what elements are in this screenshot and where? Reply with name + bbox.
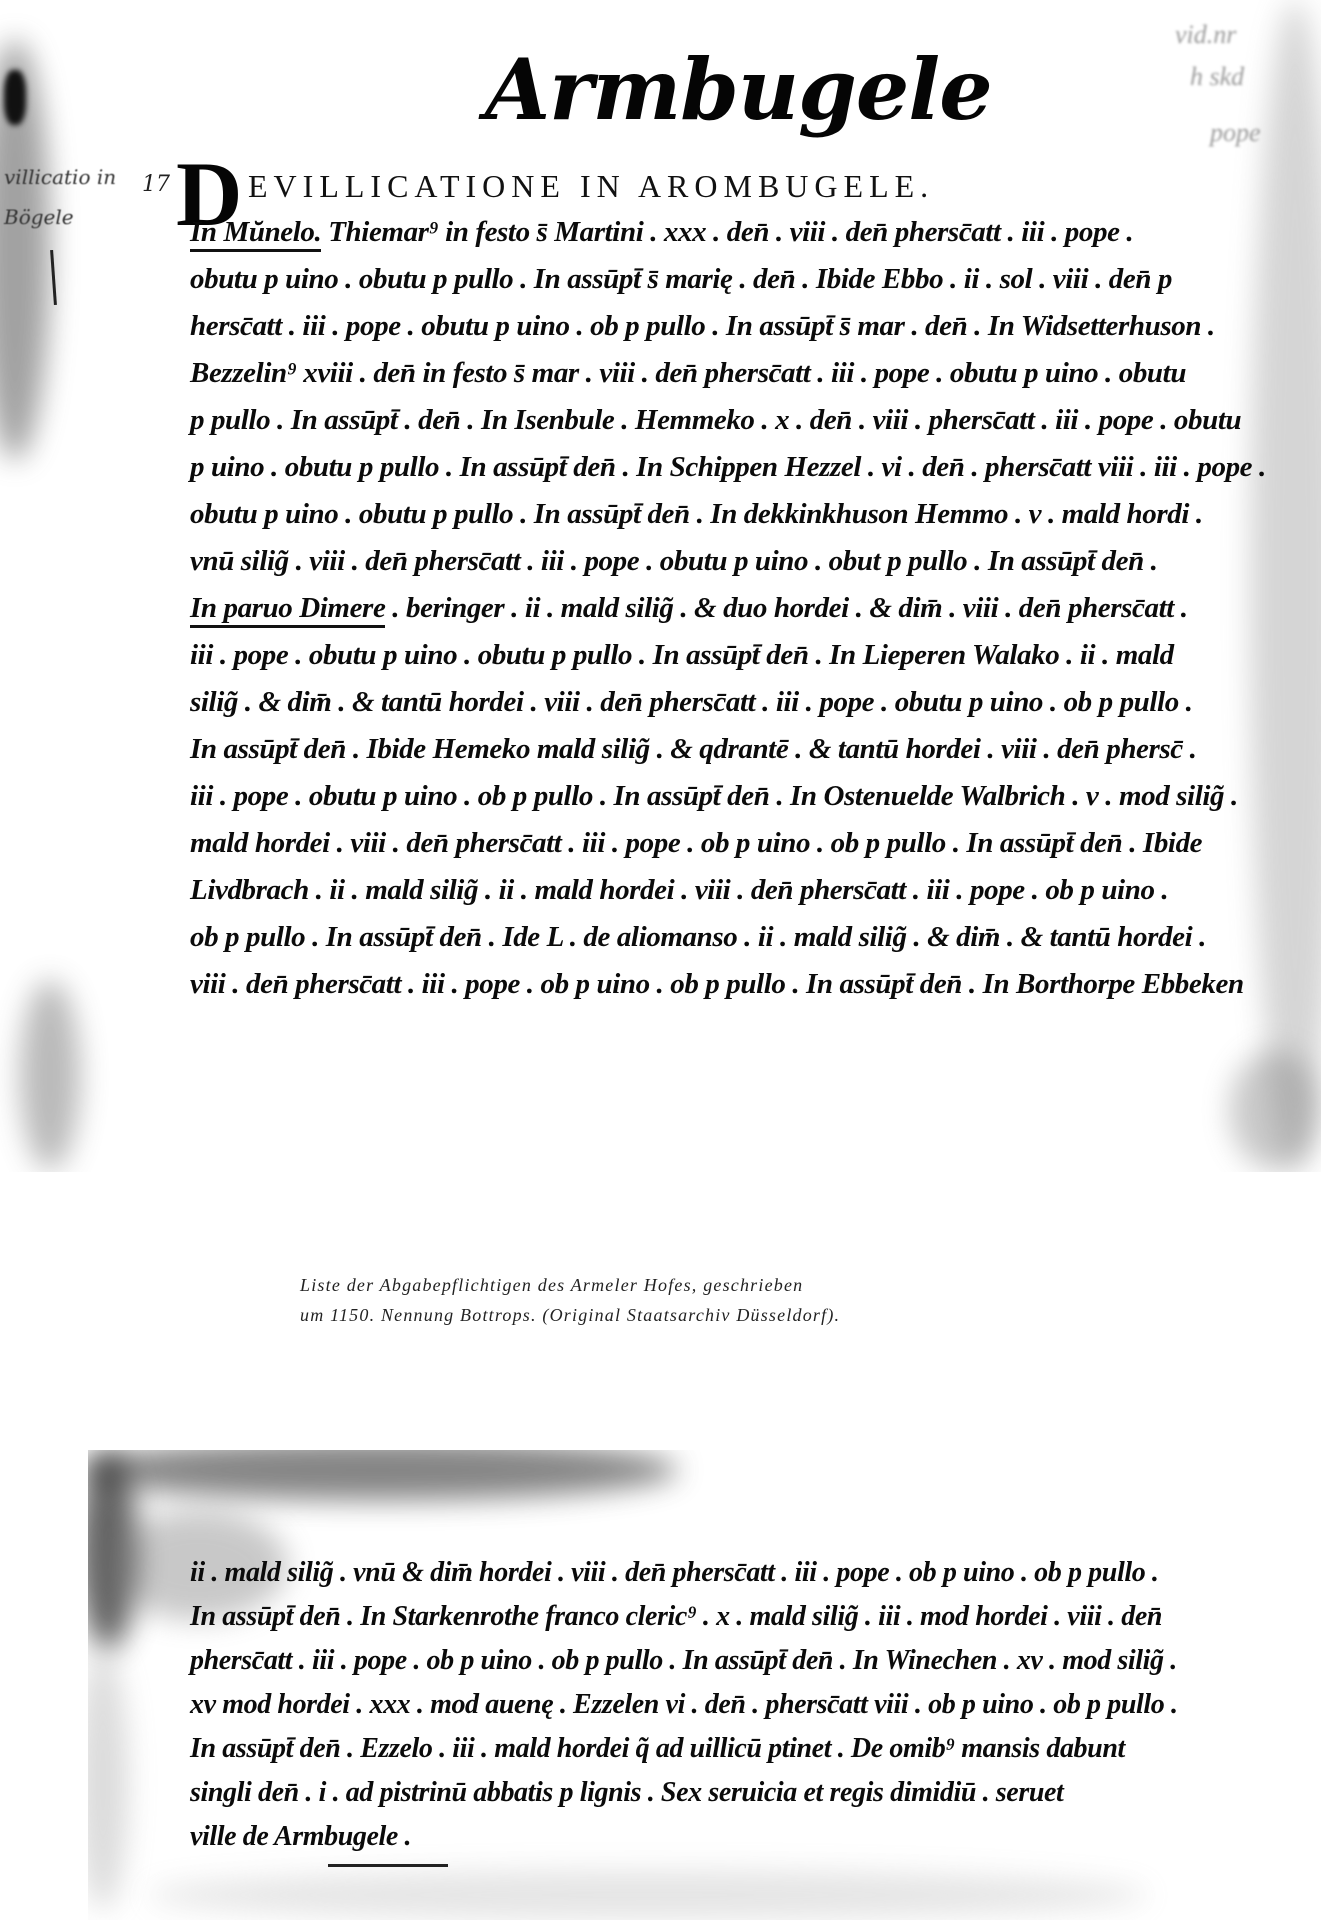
manuscript-line: Bezzelin⁹ xviii . den̄ in festo s̄ mar .… [190,353,1320,393]
bleed-through-text: pope [1210,118,1261,148]
folio-mark: 17 [142,172,170,197]
manuscript-leaf-top: vid.nr h skd pope Armbugele villicatio i… [0,0,1321,1172]
manuscript-line: silig̃ . & dim̄ . & tantū hordei . viii … [190,682,1320,722]
place-name: In Mŭnelo. [190,216,321,252]
manuscript-line: Livdbrach . ii . mald silig̃ . ii . mald… [190,870,1320,910]
margin-note: villicatio in [4,165,116,189]
manuscript-line: p uino . obutu p pullo . In assūpt̄ den̄… [190,447,1320,487]
manuscript-line: In assūpt̄ den̄ . Ezzelo . iii . mald ho… [190,1730,1125,1768]
manuscript-line: phersc̄att . iii . pope . ob p uino . ob… [190,1642,1177,1680]
manuscript-line: vnū silig̃ . viii . den̄ phersc̄att . ii… [190,541,1320,581]
end-rule [328,1864,448,1867]
left-edge-stain [88,1650,128,1910]
manuscript-line: ville de Armbugele . [190,1818,411,1856]
manuscript-line: xv mod hordei . xxx . mod auenę . Ezzele… [190,1686,1178,1724]
manuscript-line: obutu p uino . obutu p pullo . In assūpt… [190,259,1320,299]
bottom-left-stain [20,980,80,1170]
manuscript-title: Armbugele [485,40,992,139]
manuscript-line: ob p pullo . In assūpt̄ den̄ . Ide L . d… [190,917,1320,957]
caption-line: Liste der Abgabepflichtigen des Armeler … [300,1270,940,1300]
manuscript-line: In assūpt̄ den̄ . Ibide Hemeko mald sili… [190,729,1320,769]
manuscript-line: In assūpt̄ den̄ . In Starkenrothe franco… [190,1598,1162,1636]
top-edge-stain [88,1450,678,1500]
manuscript-line: iii . pope . obutu p uino . ob p pullo .… [190,776,1320,816]
bleed-through-text: h skd [1190,62,1244,92]
figure-caption: Liste der Abgabepflichtigen des Armeler … [300,1270,940,1330]
manuscript-line: In paruo Dimere . beringer . ii . mald s… [190,588,1320,628]
rubric-heading: EVILLICATIONE IN AROMBUGELE. [248,168,934,205]
margin-rule [50,250,57,305]
manuscript-line: ii . mald silig̃ . vnū & dim̄ hordei . v… [190,1554,1159,1592]
caption-line: um 1150. Nennung Bottrops. (Original Sta… [300,1300,940,1330]
bleed-through-text: vid.nr [1175,20,1236,50]
bottom-bleed [148,1870,1148,1920]
manuscript-line: iii . pope . obutu p uino . obutu p pull… [190,635,1320,675]
manuscript-line: viii . den̄ phersc̄att . iii . pope . ob… [190,964,1320,1004]
place-name: In paruo Dimere [190,592,385,628]
manuscript-line: obutu p uino . obutu p pullo . In assūpt… [190,494,1320,534]
bottom-right-stain [1230,1050,1320,1170]
margin-note: Bögele [4,205,74,229]
manuscript-line: p pullo . In assūpt̄ . den̄ . In Isenbul… [190,400,1320,440]
manuscript-line: hersc̄att . iii . pope . obutu p uino . … [190,306,1320,346]
manuscript-line: singli den̄ . i . ad pistrinū abbatis p … [190,1774,1063,1812]
manuscript-leaf-bottom: ii . mald silig̃ . vnū & dim̄ hordei . v… [88,1450,1321,1920]
ink-blot [4,70,26,125]
manuscript-line: In Mŭnelo. Thiemar⁹ in festo s̄ Martini … [190,212,1320,252]
manuscript-line: mald hordei . viii . den̄ phersc̄att . i… [190,823,1320,863]
